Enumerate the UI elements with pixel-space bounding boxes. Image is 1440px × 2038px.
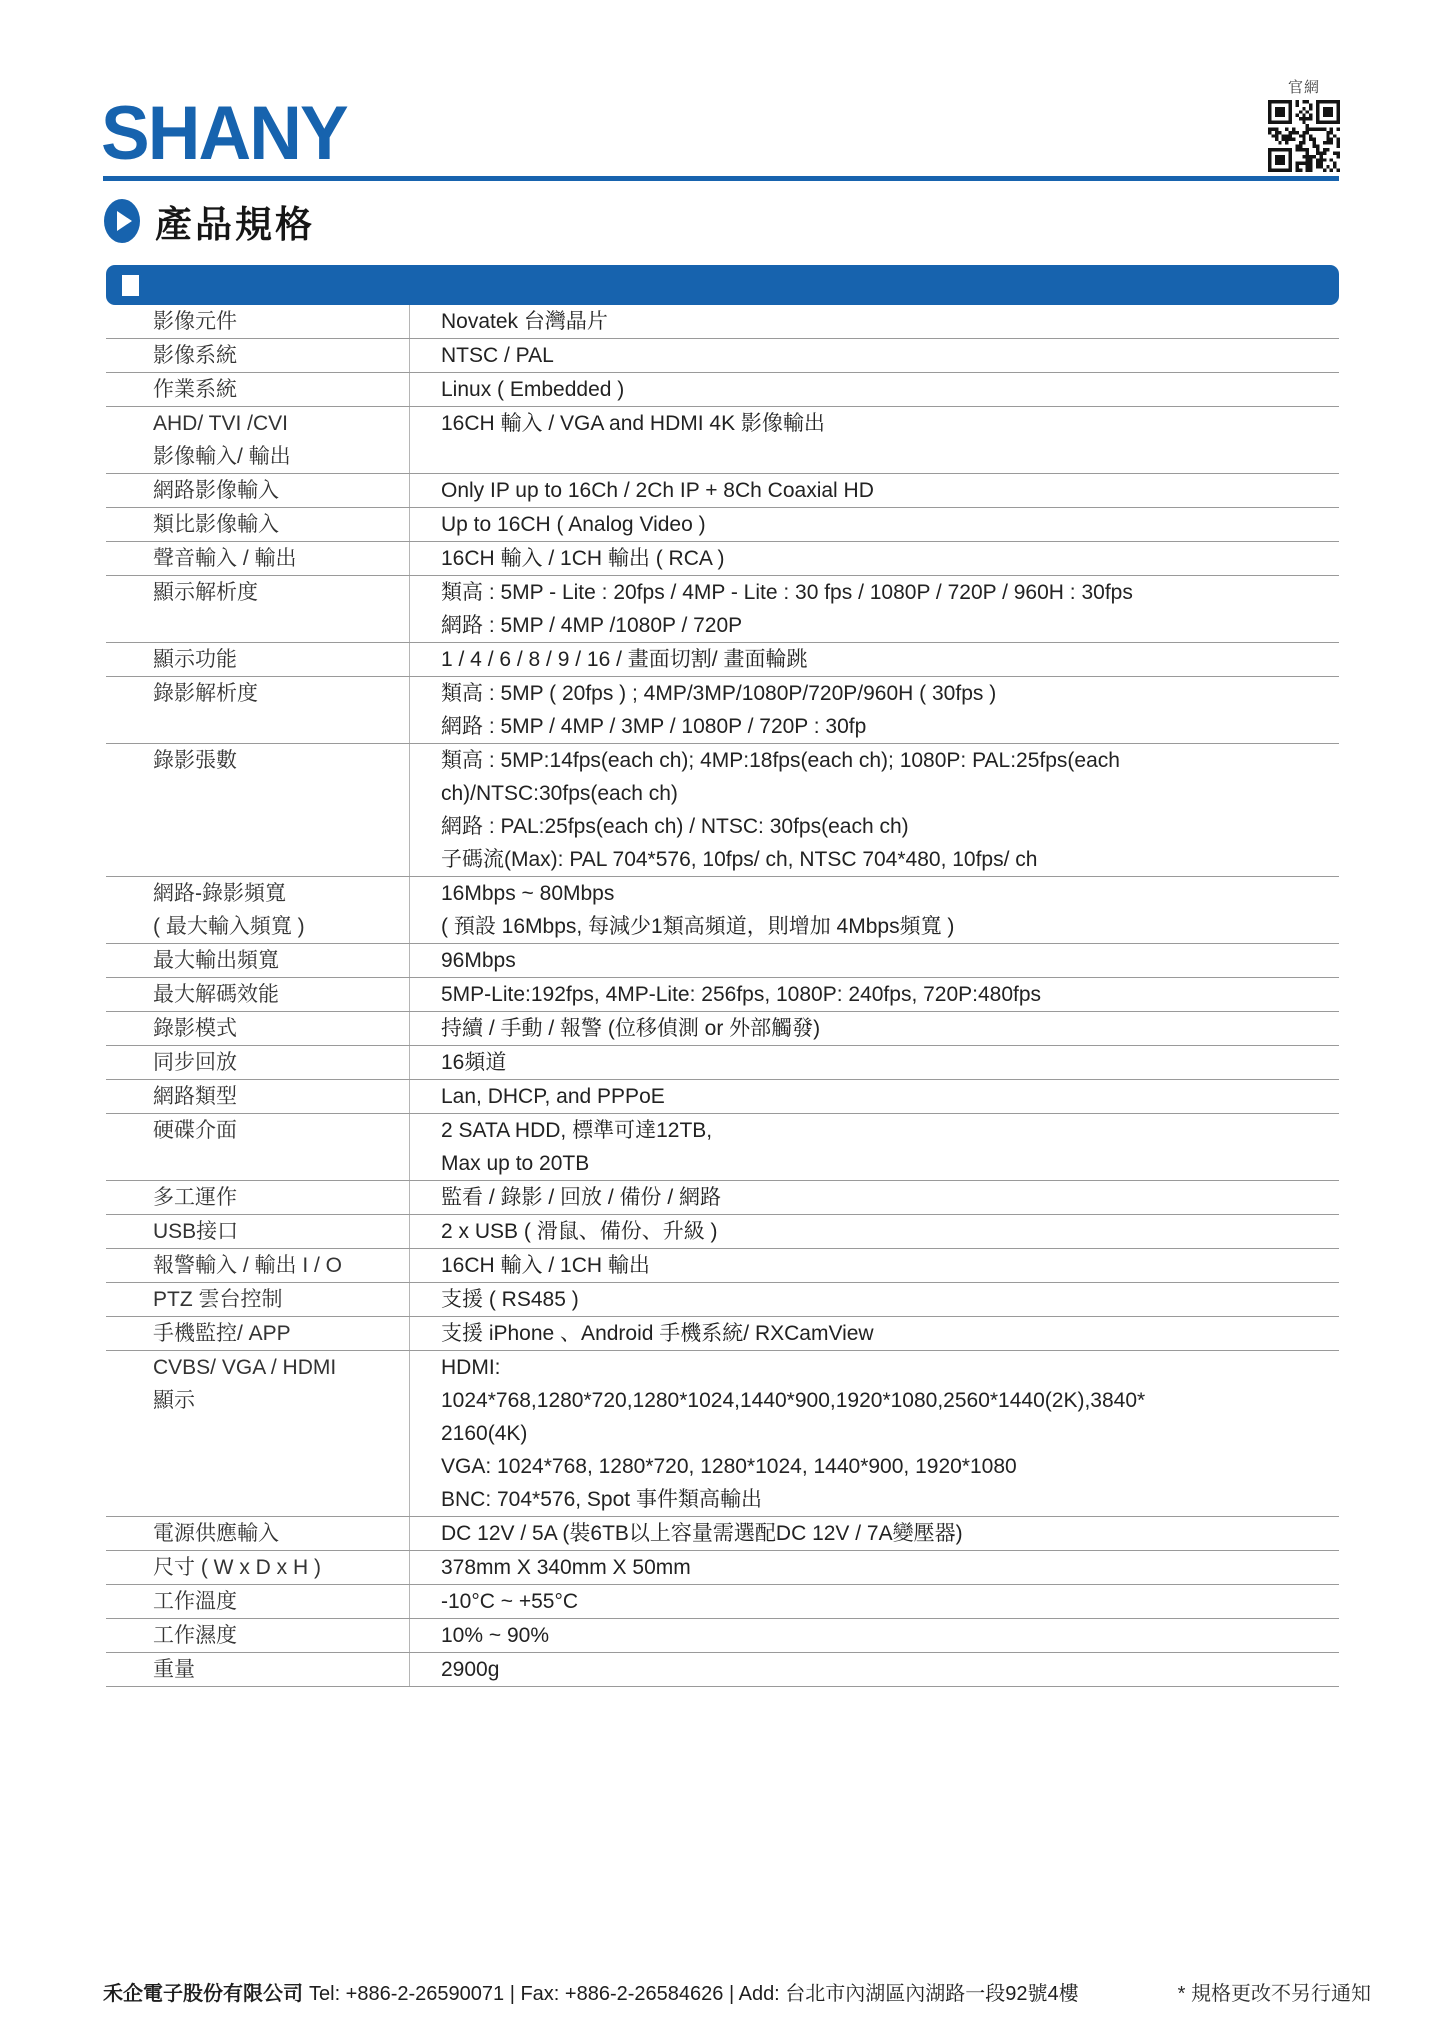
spec-label-line: 影像輸入/ 輸出 bbox=[153, 440, 409, 473]
spec-value: 2900g bbox=[409, 1653, 1339, 1686]
spec-value: Up to 16CH ( Analog Video ) bbox=[409, 508, 1339, 541]
spec-label-line: AHD/ TVI /CVI bbox=[153, 407, 409, 440]
spec-value: 96Mbps bbox=[409, 944, 1339, 977]
spec-value-line: 類高 : 5MP:14fps(each ch); 4MP:18fps(each … bbox=[441, 744, 1339, 777]
spec-value-line: 16Mbps ~ 80Mbps bbox=[441, 877, 1339, 910]
spec-label-line: 顯示解析度 bbox=[153, 576, 409, 609]
spec-label-line: USB接口 bbox=[153, 1215, 409, 1248]
spec-value-line: 支援 iPhone 、Android 手機系統/ RXCamView bbox=[441, 1317, 1339, 1350]
table-row: CVBS/ VGA / HDMI顯示HDMI:1024*768,1280*720… bbox=[106, 1351, 1339, 1517]
spec-table: 影像元件Novatek 台灣晶片影像系統NTSC / PAL作業系統Linux … bbox=[106, 305, 1339, 1687]
spec-label-line: 聲音輸入 / 輸出 bbox=[153, 542, 409, 575]
spec-value-line: 2 x USB ( 滑鼠、備份、升級 ) bbox=[441, 1215, 1339, 1248]
spec-value: Only IP up to 16Ch / 2Ch IP + 8Ch Coaxia… bbox=[409, 474, 1339, 507]
table-row: 錄影解析度類高 : 5MP ( 20fps ) ; 4MP/3MP/1080P/… bbox=[106, 677, 1339, 744]
spec-label-line: 硬碟介面 bbox=[153, 1114, 409, 1147]
spec-label: 多工運作 bbox=[106, 1181, 409, 1214]
spec-value-line: 16CH 輸入 / VGA and HDMI 4K 影像輸出 bbox=[441, 407, 1339, 440]
spec-label: 工作溫度 bbox=[106, 1585, 409, 1618]
spec-change-note: * 規格更改不另行通知 bbox=[1178, 1977, 1371, 2006]
spec-label-line: 顯示 bbox=[153, 1384, 409, 1417]
spec-value-line: -10°C ~ +55°C bbox=[441, 1585, 1339, 1618]
spec-label-line bbox=[153, 1417, 409, 1450]
spec-label-line bbox=[153, 777, 409, 810]
table-row: PTZ 雲台控制支援 ( RS485 ) bbox=[106, 1283, 1339, 1317]
spec-value-line: 2900g bbox=[441, 1653, 1339, 1686]
spec-value-line: 子碼流(Max): PAL 704*576, 10fps/ ch, NTSC 7… bbox=[441, 843, 1339, 876]
spec-value: 類高 : 5MP - Lite : 20fps / 4MP - Lite : 3… bbox=[409, 576, 1339, 642]
spec-value-line: 16頻道 bbox=[441, 1046, 1339, 1079]
spec-value-line: Lan, DHCP, and PPPoE bbox=[441, 1080, 1339, 1113]
spec-value: 16CH 輸入 / 1CH 輸出 bbox=[409, 1249, 1339, 1282]
spec-label-line: 顯示功能 bbox=[153, 643, 409, 676]
spec-value-line: 2160(4K) bbox=[441, 1417, 1339, 1450]
table-row: 網路影像輸入Only IP up to 16Ch / 2Ch IP + 8Ch … bbox=[106, 474, 1339, 508]
spec-label-line: 最大解碼效能 bbox=[153, 978, 409, 1011]
spec-label: 重量 bbox=[106, 1653, 409, 1686]
spec-label-line: 尺寸 ( W x D x H ) bbox=[153, 1551, 409, 1584]
table-row: 網路類型Lan, DHCP, and PPPoE bbox=[106, 1080, 1339, 1114]
table-row: 顯示解析度類高 : 5MP - Lite : 20fps / 4MP - Lit… bbox=[106, 576, 1339, 643]
spec-value-line: DC 12V / 5A (裝6TB以上容量需選配DC 12V / 7A變壓器) bbox=[441, 1517, 1339, 1550]
table-row: 錄影張數類高 : 5MP:14fps(each ch); 4MP:18fps(e… bbox=[106, 744, 1339, 877]
spec-value: HDMI:1024*768,1280*720,1280*1024,1440*90… bbox=[409, 1351, 1339, 1516]
table-row: 作業系統Linux ( Embedded ) bbox=[106, 373, 1339, 407]
spec-value: 16CH 輸入 / 1CH 輸出 ( RCA ) bbox=[409, 542, 1339, 575]
spec-value-line: 持續 / 手動 / 報警 (位移偵測 or 外部觸發) bbox=[441, 1012, 1339, 1045]
spec-label-line: 最大輸出頻寬 bbox=[153, 944, 409, 977]
spec-sheet-page: SHANY 官網 產品規格 影像元件Novatek 台灣晶片影像系統NTSC /… bbox=[0, 0, 1440, 2038]
spec-value-line: 網路 : 5MP / 4MP /1080P / 720P bbox=[441, 609, 1339, 642]
spec-label-line: 影像元件 bbox=[153, 305, 409, 338]
page-title: 產品規格 bbox=[155, 194, 315, 248]
spec-label: 顯示解析度 bbox=[106, 576, 409, 642]
spec-value: 支援 iPhone 、Android 手機系統/ RXCamView bbox=[409, 1317, 1339, 1350]
table-row: USB接口2 x USB ( 滑鼠、備份、升級 ) bbox=[106, 1215, 1339, 1249]
table-header-bar bbox=[106, 265, 1339, 305]
table-row: 手機監控/ APP支援 iPhone 、Android 手機系統/ RXCamV… bbox=[106, 1317, 1339, 1351]
table-row: 工作濕度10% ~ 90% bbox=[106, 1619, 1339, 1653]
table-row: 錄影模式持續 / 手動 / 報警 (位移偵測 or 外部觸發) bbox=[106, 1012, 1339, 1046]
spec-value-line: 5MP-Lite:192fps, 4MP-Lite: 256fps, 1080P… bbox=[441, 978, 1339, 1011]
spec-value-line: 16CH 輸入 / 1CH 輸出 bbox=[441, 1249, 1339, 1282]
table-row: 最大解碼效能5MP-Lite:192fps, 4MP-Lite: 256fps,… bbox=[106, 978, 1339, 1012]
spec-label-line: 錄影解析度 bbox=[153, 677, 409, 710]
spec-label: 最大解碼效能 bbox=[106, 978, 409, 1011]
spec-label: 尺寸 ( W x D x H ) bbox=[106, 1551, 409, 1584]
spec-value: Lan, DHCP, and PPPoE bbox=[409, 1080, 1339, 1113]
spec-label-line: 類比影像輸入 bbox=[153, 508, 409, 541]
spec-label: 手機監控/ APP bbox=[106, 1317, 409, 1350]
spec-value-line: HDMI: bbox=[441, 1351, 1339, 1384]
spec-value: 16Mbps ~ 80Mbps( 預設 16Mbps, 每減少1類高頻道，則增加… bbox=[409, 877, 1339, 943]
play-arrow-icon bbox=[104, 199, 140, 243]
spec-label: 網路類型 bbox=[106, 1080, 409, 1113]
header-bar-square-icon bbox=[122, 275, 139, 296]
spec-value: 監看 / 錄影 / 回放 / 備份 / 網路 bbox=[409, 1181, 1339, 1214]
spec-label-line bbox=[153, 710, 409, 743]
spec-value-line: 16CH 輸入 / 1CH 輸出 ( RCA ) bbox=[441, 542, 1339, 575]
spec-label-line: 報警輸入 / 輸出 I / O bbox=[153, 1249, 409, 1282]
spec-value-line: 網路 : 5MP / 4MP / 3MP / 1080P / 720P : 30… bbox=[441, 710, 1339, 743]
spec-label-line: 多工運作 bbox=[153, 1181, 409, 1214]
table-row: 尺寸 ( W x D x H )378mm X 340mm X 50mm bbox=[106, 1551, 1339, 1585]
spec-value-line: VGA: 1024*768, 1280*720, 1280*1024, 1440… bbox=[441, 1450, 1339, 1483]
spec-value: DC 12V / 5A (裝6TB以上容量需選配DC 12V / 7A變壓器) bbox=[409, 1517, 1339, 1550]
spec-label: 類比影像輸入 bbox=[106, 508, 409, 541]
spec-label-line bbox=[153, 1450, 409, 1483]
spec-label: 聲音輸入 / 輸出 bbox=[106, 542, 409, 575]
spec-label: 錄影解析度 bbox=[106, 677, 409, 743]
spec-label-line: 網路-錄影頻寬 bbox=[153, 877, 409, 910]
spec-value-line: 1024*768,1280*720,1280*1024,1440*900,192… bbox=[441, 1384, 1339, 1417]
table-row: 最大輸出頻寬96Mbps bbox=[106, 944, 1339, 978]
table-row: 顯示功能1 / 4 / 6 / 8 / 9 / 16 / 畫面切割/ 畫面輪跳 bbox=[106, 643, 1339, 677]
spec-label: 工作濕度 bbox=[106, 1619, 409, 1652]
spec-label-line: 網路影像輸入 bbox=[153, 474, 409, 507]
spec-value-line: BNC: 704*576, Spot 事件類高輸出 bbox=[441, 1483, 1339, 1516]
spec-label-line: 同步回放 bbox=[153, 1046, 409, 1079]
spec-value: Novatek 台灣晶片 bbox=[409, 305, 1339, 338]
contact-info: Tel: +886-2-26590071 | Fax: +886-2-26584… bbox=[309, 1977, 1079, 2006]
table-row: 重量2900g bbox=[106, 1653, 1339, 1687]
company-name: 禾企電子股份有限公司 bbox=[103, 1977, 303, 2006]
spec-label-line bbox=[153, 843, 409, 876]
spec-label-line: ( 最大輸入頻寬 ) bbox=[153, 910, 409, 943]
spec-label: 報警輸入 / 輸出 I / O bbox=[106, 1249, 409, 1282]
spec-value-line: 1 / 4 / 6 / 8 / 9 / 16 / 畫面切割/ 畫面輪跳 bbox=[441, 643, 1339, 676]
spec-value: 持續 / 手動 / 報警 (位移偵測 or 外部觸發) bbox=[409, 1012, 1339, 1045]
spec-label: 顯示功能 bbox=[106, 643, 409, 676]
section-heading: 產品規格 bbox=[104, 197, 315, 245]
spec-value-line bbox=[441, 440, 1339, 473]
spec-label-line bbox=[153, 810, 409, 843]
spec-value-line: 2 SATA HDD, 標準可達12TB, bbox=[441, 1114, 1339, 1147]
spec-value: Linux ( Embedded ) bbox=[409, 373, 1339, 406]
table-row: 網路-錄影頻寬( 最大輸入頻寬 )16Mbps ~ 80Mbps( 預設 16M… bbox=[106, 877, 1339, 944]
spec-label-line: 影像系統 bbox=[153, 339, 409, 372]
spec-label: CVBS/ VGA / HDMI顯示 bbox=[106, 1351, 409, 1516]
spec-label-line: PTZ 雲台控制 bbox=[153, 1283, 409, 1316]
spec-label-line: 重量 bbox=[153, 1653, 409, 1686]
table-row: AHD/ TVI /CVI影像輸入/ 輸出16CH 輸入 / VGA and H… bbox=[106, 407, 1339, 474]
spec-label: AHD/ TVI /CVI影像輸入/ 輸出 bbox=[106, 407, 409, 473]
spec-label: 網路影像輸入 bbox=[106, 474, 409, 507]
spec-value-line: 監看 / 錄影 / 回放 / 備份 / 網路 bbox=[441, 1181, 1339, 1214]
table-row: 報警輸入 / 輸出 I / O16CH 輸入 / 1CH 輸出 bbox=[106, 1249, 1339, 1283]
spec-value: 支援 ( RS485 ) bbox=[409, 1283, 1339, 1316]
spec-value: 2 SATA HDD, 標準可達12TB,Max up to 20TB bbox=[409, 1114, 1339, 1180]
spec-value-line: Max up to 20TB bbox=[441, 1147, 1339, 1180]
spec-label-line: 電源供應輸入 bbox=[153, 1517, 409, 1550]
spec-value: 類高 : 5MP:14fps(each ch); 4MP:18fps(each … bbox=[409, 744, 1339, 876]
spec-value-line: ( 預設 16Mbps, 每減少1類高頻道，則增加 4Mbps頻寬 ) bbox=[441, 910, 1339, 943]
table-row: 多工運作監看 / 錄影 / 回放 / 備份 / 網路 bbox=[106, 1181, 1339, 1215]
table-row: 硬碟介面2 SATA HDD, 標準可達12TB,Max up to 20TB bbox=[106, 1114, 1339, 1181]
spec-value-line: 支援 ( RS485 ) bbox=[441, 1283, 1339, 1316]
spec-label: 錄影模式 bbox=[106, 1012, 409, 1045]
spec-value: 10% ~ 90% bbox=[409, 1619, 1339, 1652]
spec-label: 電源供應輸入 bbox=[106, 1517, 409, 1550]
spec-label-line: 網路類型 bbox=[153, 1080, 409, 1113]
spec-label-line bbox=[153, 609, 409, 642]
table-row: 電源供應輸入DC 12V / 5A (裝6TB以上容量需選配DC 12V / 7… bbox=[106, 1517, 1339, 1551]
table-row: 類比影像輸入Up to 16CH ( Analog Video ) bbox=[106, 508, 1339, 542]
spec-label: 影像元件 bbox=[106, 305, 409, 338]
spec-label: 網路-錄影頻寬( 最大輸入頻寬 ) bbox=[106, 877, 409, 943]
spec-value: 類高 : 5MP ( 20fps ) ; 4MP/3MP/1080P/720P/… bbox=[409, 677, 1339, 743]
spec-label-line: 工作溫度 bbox=[153, 1585, 409, 1618]
spec-label: 作業系統 bbox=[106, 373, 409, 406]
spec-value-line: 網路 : PAL:25fps(each ch) / NTSC: 30fps(ea… bbox=[441, 810, 1339, 843]
spec-label: 硬碟介面 bbox=[106, 1114, 409, 1180]
spec-value: 1 / 4 / 6 / 8 / 9 / 16 / 畫面切割/ 畫面輪跳 bbox=[409, 643, 1339, 676]
spec-value-line: 類高 : 5MP - Lite : 20fps / 4MP - Lite : 3… bbox=[441, 576, 1339, 609]
spec-value-line: ch)/NTSC:30fps(each ch) bbox=[441, 777, 1339, 810]
spec-label: 影像系統 bbox=[106, 339, 409, 372]
spec-value-line: 10% ~ 90% bbox=[441, 1619, 1339, 1652]
spec-value: 378mm X 340mm X 50mm bbox=[409, 1551, 1339, 1584]
spec-value-line: 類高 : 5MP ( 20fps ) ; 4MP/3MP/1080P/720P/… bbox=[441, 677, 1339, 710]
qr-block: 官網 bbox=[1266, 78, 1342, 172]
spec-value-line: Up to 16CH ( Analog Video ) bbox=[441, 508, 1339, 541]
spec-value: 16CH 輸入 / VGA and HDMI 4K 影像輸出 bbox=[409, 407, 1339, 473]
table-row: 聲音輸入 / 輸出16CH 輸入 / 1CH 輸出 ( RCA ) bbox=[106, 542, 1339, 576]
page-footer: 禾企電子股份有限公司 Tel: +886-2-26590071 | Fax: +… bbox=[103, 1977, 1371, 2006]
spec-value: 16頻道 bbox=[409, 1046, 1339, 1079]
qr-code-icon bbox=[1268, 100, 1340, 172]
spec-label-line: 工作濕度 bbox=[153, 1619, 409, 1652]
qr-label: 官網 bbox=[1266, 78, 1342, 98]
spec-value-line: Linux ( Embedded ) bbox=[441, 373, 1339, 406]
spec-value: 5MP-Lite:192fps, 4MP-Lite: 256fps, 1080P… bbox=[409, 978, 1339, 1011]
spec-label: USB接口 bbox=[106, 1215, 409, 1248]
spec-value-line: Only IP up to 16Ch / 2Ch IP + 8Ch Coaxia… bbox=[441, 474, 1339, 507]
spec-value-line: NTSC / PAL bbox=[441, 339, 1339, 372]
spec-label: 錄影張數 bbox=[106, 744, 409, 876]
spec-label-line bbox=[153, 1483, 409, 1516]
table-row: 影像系統NTSC / PAL bbox=[106, 339, 1339, 373]
brand-logo: SHANY bbox=[101, 96, 347, 172]
spec-value-line: 378mm X 340mm X 50mm bbox=[441, 1551, 1339, 1584]
spec-label: 同步回放 bbox=[106, 1046, 409, 1079]
spec-value: 2 x USB ( 滑鼠、備份、升級 ) bbox=[409, 1215, 1339, 1248]
spec-value-line: 96Mbps bbox=[441, 944, 1339, 977]
table-row: 影像元件Novatek 台灣晶片 bbox=[106, 305, 1339, 339]
spec-label-line bbox=[153, 1147, 409, 1180]
spec-label-line: CVBS/ VGA / HDMI bbox=[153, 1351, 409, 1384]
header-divider-line bbox=[103, 176, 1339, 181]
spec-value-line: Novatek 台灣晶片 bbox=[441, 305, 1339, 338]
spec-label-line: 作業系統 bbox=[153, 373, 409, 406]
spec-label: PTZ 雲台控制 bbox=[106, 1283, 409, 1316]
spec-label-line: 錄影模式 bbox=[153, 1012, 409, 1045]
table-row: 工作溫度-10°C ~ +55°C bbox=[106, 1585, 1339, 1619]
spec-label-line: 手機監控/ APP bbox=[153, 1317, 409, 1350]
spec-label: 最大輸出頻寬 bbox=[106, 944, 409, 977]
table-row: 同步回放16頻道 bbox=[106, 1046, 1339, 1080]
spec-label-line: 錄影張數 bbox=[153, 744, 409, 777]
spec-value: NTSC / PAL bbox=[409, 339, 1339, 372]
spec-value: -10°C ~ +55°C bbox=[409, 1585, 1339, 1618]
